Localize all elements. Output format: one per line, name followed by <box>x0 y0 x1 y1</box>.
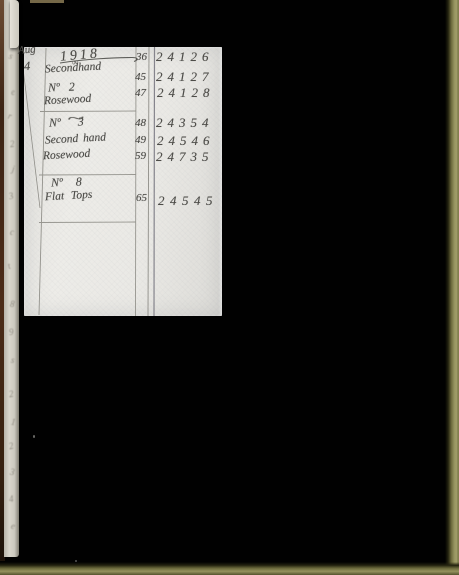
ledger-row-serial: 24126 <box>156 50 214 63</box>
spine-scribble-mark: 1 <box>10 418 16 428</box>
spine-scribble-mark: 4 <box>8 495 14 505</box>
ledger-row-qty: 36 <box>136 52 147 63</box>
spine-scribble-mark: s <box>8 52 14 62</box>
spine-scribble-mark: e <box>10 88 16 98</box>
ledger-page: 1918 Aug 4 ∞ Secondhand Nº 2 Rosewood 36… <box>24 47 222 316</box>
spine-scribble-mark: 8 <box>10 300 15 309</box>
spine-scribble-mark: 2 <box>8 442 15 452</box>
spine-scribble-mark: 3 <box>9 468 15 478</box>
spine-page-edge-strip: oser2j3ct89s21234e <box>4 0 19 557</box>
ledger-row-serial: 24127 <box>156 70 214 83</box>
page-edge-sliver-top <box>30 0 64 3</box>
entry-date-month: Aug <box>18 44 37 57</box>
ledger-row-qty: 65 <box>136 193 147 204</box>
spine-scribble-mark: e <box>10 522 16 532</box>
ledger-row-qty: 49 <box>135 135 146 146</box>
squiggle-flourish-mark: ~ <box>66 112 86 126</box>
spine-scribble-mark: 9 <box>9 328 14 337</box>
ledger-row-qty: 48 <box>135 118 146 129</box>
ledger-row-text: Nº 8 <box>51 175 82 188</box>
spine-scribble-mark: s <box>10 356 15 366</box>
dust-speck <box>33 435 35 438</box>
spine-scribble-mark: t <box>7 262 12 271</box>
ledger-row-qty: 47 <box>135 88 146 99</box>
ledger-row-text: Flat Tops <box>45 190 93 204</box>
spine-scribble-mark: r <box>7 112 13 122</box>
spine-scribble-mark: j <box>11 165 15 174</box>
ledger-row-qty: 45 <box>135 72 146 83</box>
dust-speck <box>75 560 77 562</box>
ledger-row-serial: 24546 <box>157 134 215 147</box>
spine-page-edge-sliver <box>10 0 19 48</box>
scan-border-bottom <box>0 562 459 575</box>
ledger-row-text: Rosewood <box>43 149 91 163</box>
spine-scribble-mark: c <box>9 228 14 237</box>
scan-border-right <box>445 0 459 575</box>
entry-date-day: 4 <box>24 60 31 73</box>
spine-scribble-mark: 2 <box>8 390 14 400</box>
ledger-photo-stage: oser2j3ct89s21234e 1918 Aug 4 ∞ Secondha… <box>0 0 459 575</box>
ledger-row-serial: 24128 <box>157 86 215 99</box>
ledger-row-qty: 59 <box>135 151 146 162</box>
ledger-row-serial: 24354 <box>156 116 214 129</box>
ledger-row-serial: 24545 <box>158 194 218 207</box>
ledger-row-text: Rosewood <box>44 94 92 108</box>
spine-scribble-mark: 2 <box>9 140 15 150</box>
ledger-row-serial: 24735 <box>156 150 214 163</box>
spine-scribble-mark: 3 <box>8 192 14 202</box>
ledger-row-text: Nº 2 <box>48 81 75 94</box>
